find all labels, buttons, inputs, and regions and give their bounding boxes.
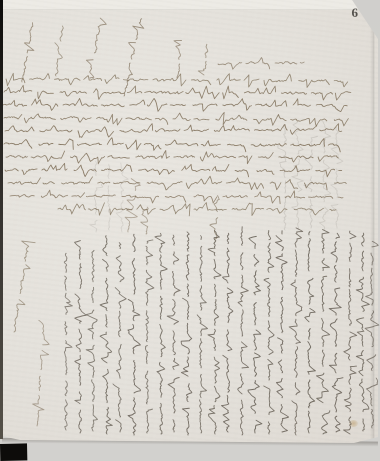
scan-left-edge xyxy=(0,0,3,439)
handwriting-layer xyxy=(0,0,380,461)
scanned-letter: 6 xyxy=(0,0,380,461)
black-corner-mark xyxy=(0,443,27,461)
